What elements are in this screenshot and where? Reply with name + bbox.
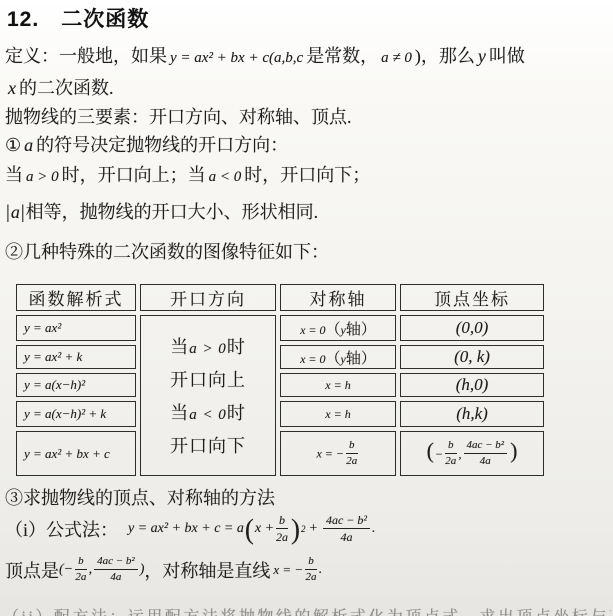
special-quadratics-table: 函数解析式 开口方向 对称轴 顶点坐标 y = ax² 当a > 0时 开口向上… bbox=[12, 280, 548, 480]
definition-text: 定义：一般地，如果 bbox=[5, 46, 167, 66]
sign-rule-line: 当a > 0时，开口向上；当a < 0时，开口向下； bbox=[5, 161, 370, 187]
numerator: b bbox=[75, 555, 87, 570]
formula-y-a-x-h-2-k: y = a(x−h)² + k bbox=[24, 406, 106, 421]
definition-line-1: 定义：一般地，如果y = ax² + bx + c(a,b,c是常数，a ≠ 0… bbox=[5, 42, 525, 68]
big-paren-close: ) bbox=[291, 513, 300, 546]
fraction-b-2a: b2a bbox=[445, 439, 457, 469]
circled-1-marker: ① bbox=[5, 135, 21, 155]
axis-cell: x = 0（y轴） bbox=[280, 315, 396, 341]
direction-text: 时 bbox=[227, 403, 246, 423]
formula-cell: y = ax² bbox=[16, 315, 136, 341]
point-1-line: ①a的符号决定抛物线的开口方向： bbox=[5, 131, 288, 157]
direction-merged-cell: 当a > 0时 开口向上 当a < 0时 开口向下 bbox=[140, 315, 276, 476]
comma: , bbox=[459, 447, 462, 461]
minus-sign: − bbox=[435, 447, 443, 461]
direction-line-3: 当a < 0时 bbox=[170, 399, 246, 425]
comma: , bbox=[89, 562, 93, 578]
definition-text: )，那么 bbox=[415, 46, 475, 66]
numerator: 4ac − b² bbox=[464, 439, 508, 454]
abs-value-rule-line: |a|相等，抛物线的开口大小、形状相同. bbox=[5, 198, 318, 224]
fraction-b-2a: b2a bbox=[75, 555, 87, 585]
numerator: 4ac − b² bbox=[323, 513, 370, 529]
vertex-cell: (−b2a,4ac − b²4a) bbox=[400, 431, 544, 476]
axis-eq: x = 0 bbox=[300, 352, 325, 366]
header-label: 开口方向 bbox=[170, 290, 246, 309]
var-a: a bbox=[11, 202, 20, 222]
period: . bbox=[372, 521, 376, 537]
superscript-2: 2 bbox=[301, 524, 306, 534]
paren-open: （ bbox=[326, 351, 341, 367]
var-a: a bbox=[24, 135, 33, 155]
axis-eq: x = h bbox=[325, 407, 350, 421]
table-row: y = a(x−h)² x = h (h,0) bbox=[16, 373, 544, 397]
col-header-direction: 开口方向 bbox=[140, 284, 276, 311]
point-1-text: 的符号决定抛物线的开口方向： bbox=[36, 135, 288, 155]
vertex-cell: (h,0) bbox=[400, 373, 544, 397]
direction-lines: 当a > 0时 开口向上 当a < 0时 开口向下 bbox=[141, 333, 275, 458]
big-paren-open: ( bbox=[245, 513, 254, 546]
col-header-formula: 函数解析式 bbox=[16, 284, 136, 311]
y-axis-label: 轴） bbox=[346, 351, 376, 367]
clipped-bottom-line: （ii）配方法：运用配方法将抛物线的解析式化为顶点式，求出顶点坐标与对称轴 bbox=[3, 604, 611, 616]
paren-open: ( bbox=[427, 438, 434, 463]
vertex-summary-line: 顶点是 (− b2a , 4ac − b²4a ) ，对称轴是直线 x = − … bbox=[5, 552, 322, 588]
table-row: y = ax² + bx + c x = −b2a (−b2a,4ac − b²… bbox=[16, 431, 544, 476]
axis-eq-pre: x = − bbox=[273, 562, 303, 578]
table-row: y = a(x−h)² + k x = h (h,k) bbox=[16, 401, 544, 427]
a-positive: a > 0 bbox=[26, 169, 59, 185]
axis-is-line-text: ，对称轴是直线 bbox=[144, 557, 270, 583]
fraction-4ac-b2-4a: 4ac − b²4a bbox=[94, 555, 138, 585]
quadratic-formula: y = ax² + bx + c(a,b,c bbox=[170, 50, 303, 66]
completed-square-pre: y = ax² + bx + c = a bbox=[128, 521, 244, 537]
axis-cell: x = h bbox=[280, 373, 396, 397]
vertex-value: (0,0) bbox=[456, 318, 489, 337]
numerator: b bbox=[445, 439, 457, 454]
denominator: 2a bbox=[346, 454, 357, 469]
denominator: 2a bbox=[305, 570, 316, 585]
direction-line-2: 开口向上 bbox=[170, 366, 246, 392]
formula-y-a-x-h-2: y = a(x−h)² bbox=[24, 377, 85, 392]
a-negative: a < 0 bbox=[189, 407, 227, 423]
var-x: x bbox=[8, 78, 16, 98]
direction-line-4: 开口向下 bbox=[170, 432, 246, 458]
point-3-line: ③求抛物线的顶点、对称轴的方法 bbox=[5, 484, 275, 510]
denominator: 4a bbox=[110, 570, 121, 585]
formula-cell: y = a(x−h)² + k bbox=[16, 401, 136, 427]
method-i-label: （i）公式法： bbox=[5, 516, 118, 542]
definition-line-2: x的二次函数. bbox=[5, 74, 114, 100]
table-row: y = ax² + k x = 0（y轴） (0, k) bbox=[16, 345, 544, 369]
vertex-cell: (0,0) bbox=[400, 315, 544, 341]
period: . bbox=[319, 562, 323, 578]
header-label: 顶点坐标 bbox=[434, 290, 510, 309]
denominator: 2a bbox=[75, 570, 86, 585]
vertex-cell: (0, k) bbox=[400, 345, 544, 369]
denominator: 2a bbox=[445, 454, 456, 469]
formula-general: y = ax² + bx + c bbox=[24, 446, 110, 461]
direction-text: 当 bbox=[170, 403, 189, 423]
axis-eq: x = 0 bbox=[300, 323, 325, 337]
plus-sign: + bbox=[309, 521, 318, 537]
denominator: 4a bbox=[341, 529, 353, 545]
three-elements-line: 抛物线的三要素：开口方向、对称轴、顶点. bbox=[5, 103, 352, 129]
scanned-math-notes-page: 12. 二次函数 定义：一般地，如果y = ax² + bx + c(a,b,c… bbox=[0, 0, 613, 616]
direction-text: 时 bbox=[227, 337, 246, 357]
vertex-value: (0, k) bbox=[454, 347, 490, 366]
formula-cell: y = a(x−h)² bbox=[16, 373, 136, 397]
axis-cell: x = h bbox=[280, 401, 396, 427]
vertex-cell: (h,k) bbox=[400, 401, 544, 427]
fraction-4ac-b2-4a: 4ac − b²4a bbox=[323, 513, 370, 545]
a-nonzero-condition: a ≠ 0 bbox=[381, 50, 412, 66]
direction-text: 当 bbox=[170, 337, 189, 357]
vertex-is-text: 顶点是 bbox=[5, 557, 59, 583]
abs-bar-right: | bbox=[21, 202, 25, 223]
formula-cell: y = ax² + k bbox=[16, 345, 136, 369]
var-y: y bbox=[478, 46, 486, 66]
vertex-value: (h,k) bbox=[456, 404, 488, 423]
numerator: 4ac − b² bbox=[94, 555, 138, 570]
denominator: 2a bbox=[276, 529, 288, 545]
numerator: b bbox=[305, 555, 317, 570]
denominator: 4a bbox=[480, 454, 491, 469]
col-header-axis: 对称轴 bbox=[280, 284, 396, 311]
fraction-4ac-b2-4a: 4ac − b²4a bbox=[464, 439, 508, 469]
rule-text: 时，开口向上；当 bbox=[62, 165, 206, 185]
paren-open: （ bbox=[326, 322, 341, 338]
definition-text: 的二次函数. bbox=[19, 78, 114, 98]
abs-bar-left: | bbox=[6, 202, 10, 223]
col-header-vertex: 顶点坐标 bbox=[400, 284, 544, 311]
direction-line-1: 当a > 0时 bbox=[170, 333, 246, 359]
axis-cell: x = −b2a bbox=[280, 431, 396, 476]
y-axis-label: 轴） bbox=[346, 322, 376, 338]
fraction-b-2a: b2a bbox=[346, 439, 358, 469]
table-header-row: 函数解析式 开口方向 对称轴 顶点坐标 bbox=[16, 284, 544, 311]
point-2-line: ②几种特殊的二次函数的图像特征如下： bbox=[5, 238, 329, 264]
formula-y-ax2: y = ax² bbox=[24, 320, 61, 335]
table-row: y = ax² 当a > 0时 开口向上 当a < 0时 开口向下 x = 0（… bbox=[16, 315, 544, 341]
header-label: 对称轴 bbox=[310, 290, 367, 309]
fraction-b-2a: b2a bbox=[276, 513, 288, 545]
axis-eq: x = h bbox=[325, 378, 350, 392]
page-title: 12. 二次函数 bbox=[7, 3, 149, 33]
fraction-b-2a: b2a bbox=[305, 555, 317, 585]
rule-text: 时，开口向下； bbox=[244, 165, 370, 185]
paren-close: ) bbox=[510, 438, 517, 463]
definition-text: 叫做 bbox=[489, 46, 525, 66]
definition-text: 是常数， bbox=[306, 46, 378, 66]
abs-rule-text: 相等，抛物线的开口大小、形状相同. bbox=[26, 202, 319, 222]
axis-eq-pre: x = − bbox=[316, 446, 344, 460]
header-label: 函数解析式 bbox=[29, 290, 124, 309]
vertex-value: (h,0) bbox=[456, 375, 489, 394]
x-plus: x + bbox=[255, 521, 274, 537]
formula-method-line: （i）公式法： y = ax² + bx + c = a ( x + b2a )… bbox=[5, 510, 376, 548]
numerator: b bbox=[346, 439, 358, 454]
formula-cell: y = ax² + bx + c bbox=[16, 431, 136, 476]
rule-text: 当 bbox=[5, 165, 23, 185]
a-negative: a < 0 bbox=[209, 169, 242, 185]
axis-cell: x = 0（y轴） bbox=[280, 345, 396, 369]
formula-y-ax2-k: y = ax² + k bbox=[24, 349, 82, 364]
a-positive: a > 0 bbox=[189, 341, 227, 357]
numerator: b bbox=[276, 513, 288, 529]
paren-open-minus: (− bbox=[59, 562, 73, 578]
